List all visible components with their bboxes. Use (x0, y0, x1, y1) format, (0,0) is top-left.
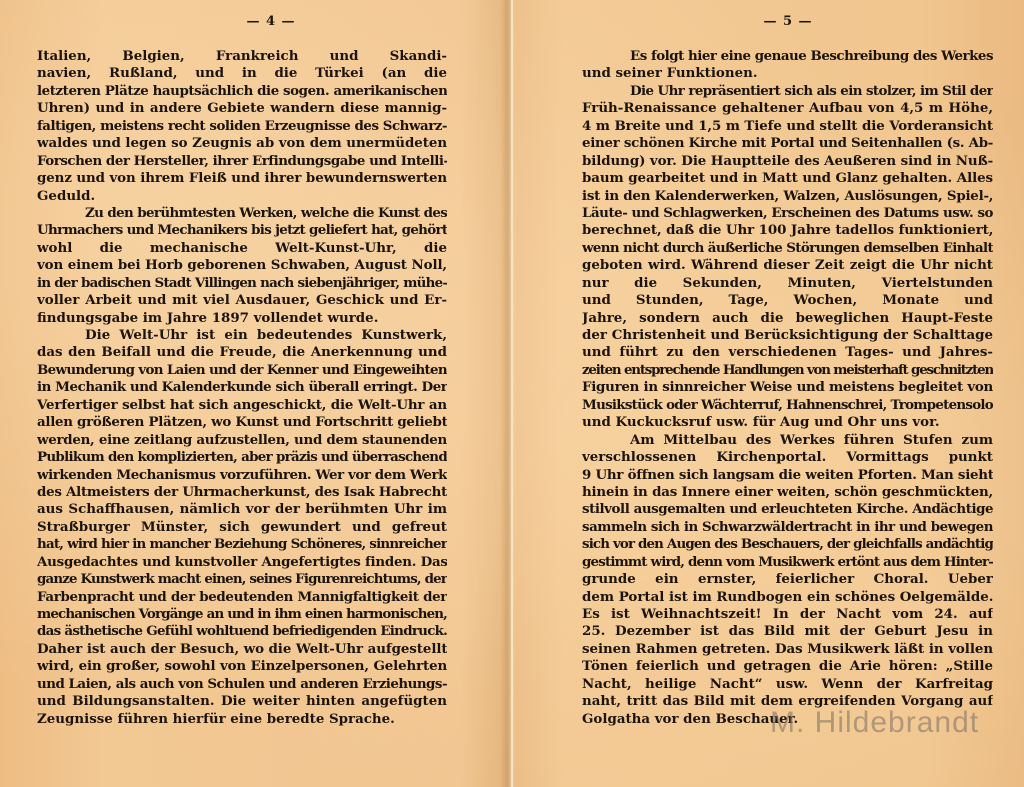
text-line: aus Schaffhausen, nämlich vor der berühm… (37, 501, 447, 518)
text-line: dem Portal ist im Rundbogen ein schönes … (582, 589, 993, 606)
text-line: und Kuckucksruf usw. für Aug und Ohr uns… (582, 414, 993, 431)
text-line: Uhrmachers und Mechanikers bis jetzt gel… (37, 222, 447, 239)
text-line: geboten wird. Während dieser Zeit zeigt … (582, 257, 993, 274)
text-line: Ausgedachtes und kunstvoller Angefertigt… (37, 554, 447, 571)
text-line: und seiner Funktionen. (582, 65, 993, 82)
text-line: nur die Sekunden, Minuten, Viertelstunde… (582, 275, 993, 292)
text-line: Figuren in sinnreicher Weise und meisten… (582, 379, 993, 396)
text-line: grunde ein ernster, feierlicher Choral. … (582, 571, 993, 588)
text-line: hat, wird hier in mancher Beziehung Schö… (37, 536, 447, 553)
text-line: Zeugnisse führen hierfür eine beredte Sp… (37, 711, 447, 728)
right-page: — 5 — Es folgt hier eine genaue Beschrei… (512, 0, 1024, 787)
text-line: Geduld. (37, 188, 447, 205)
text-line: gestimmt wird, denn vom Musikwerk ertönt… (582, 554, 993, 571)
page-number: — 4 — (0, 14, 512, 29)
text-line: das den Beifall und die Freude, die Aner… (37, 344, 447, 361)
text-line: in Mechanik und Kalenderkunde sich übera… (37, 379, 447, 396)
text-line: Läute- und Schlagwerken, Erscheinen des … (582, 205, 993, 222)
text-line: navien, Rußland, und in die Türkei (an d… (37, 65, 447, 82)
text-line: allen größeren Plätzen, wo Kunst und For… (37, 414, 447, 431)
text-line: Die Welt-Uhr ist ein bedeutendes Kunstwe… (37, 327, 447, 344)
text-line: zeiten entsprechende Handlungen von meis… (582, 362, 993, 379)
text-line: Früh-Renaissance gehaltener Aufbau von 4… (582, 100, 993, 117)
text-line: Es ist Weihnachtszeit! In der Nacht vom … (582, 606, 993, 623)
text-line: wirkenden Mechanismus vorzuführen. Wer v… (37, 467, 447, 484)
text-line: bildung) vor. Die Hauptteile des Aeußere… (582, 153, 993, 170)
text-line: berechnet, daß die Uhr 100 Jahre tadello… (582, 222, 993, 239)
text-line: wird, ein großer, sowohl von Einzelperso… (37, 658, 447, 675)
text-line: der Christenheit und Berücksichtigung de… (582, 327, 993, 344)
text-line: Nacht, heilige Nacht“ usw. Wenn der Karf… (582, 676, 993, 693)
text-line: waldes und legen so Zeugnis ab von dem u… (37, 135, 447, 152)
text-line: sich vor den Augen des Beschauers, der g… (582, 536, 993, 553)
text-line: werden, eine zeitlang aufzustellen, und … (37, 432, 447, 449)
text-line: von einem bei Horb geborenen Schwaben, A… (37, 257, 447, 274)
text-line: und führt zu den verschiedenen Tages- un… (582, 344, 993, 361)
text-line: in der badischen Stadt Villingen nach si… (37, 275, 447, 292)
text-line: wenn nicht durch äußerliche Störungen de… (582, 240, 993, 257)
text-line: Musikstück oder Wächterruf, Hahnenschrei… (582, 397, 993, 414)
text-line: genz und von ihrem Fleiß und ihrer bewun… (37, 170, 447, 187)
text-line: Daher ist auch der Besuch, wo die Welt-U… (37, 641, 447, 658)
text-line: Die Uhr repräsentiert sich als ein stolz… (582, 83, 993, 100)
text-line: voller Arbeit und mit viel Ausdauer, Ges… (37, 292, 447, 309)
text-line: 9 Uhr öffnen sich langsam die weiten Pfo… (582, 467, 993, 484)
text-line: und Bildungsanstalten. Die weiter hinten… (37, 693, 447, 710)
text-line: verschlossenen Kirchenportal. Vormittags… (582, 449, 993, 466)
text-line: wohl die mechanische Welt-Kunst-Uhr, die (37, 240, 447, 257)
text-line: 25. Dezember ist das Bild mit der Geburt… (582, 623, 993, 640)
left-page: — 4 — Italien, Belgien, Frankreich und S… (0, 0, 512, 787)
text-line: Bewunderung von Laien und der Kenner und… (37, 362, 447, 379)
page-number: — 5 — (512, 14, 1024, 29)
text-line: mechanischen Vorgänge an und in ihm eine… (37, 606, 447, 623)
page-body-text: Italien, Belgien, Frankreich und Skandi-… (37, 48, 447, 728)
text-line: Zu den berühmtesten Werken, welche die K… (37, 205, 447, 222)
text-line: Publikum den komplizierten, aber präzis … (37, 449, 447, 466)
text-line: stilvoll ausgemalten und erleuchteten Ki… (582, 501, 993, 518)
text-line: des Altmeisters der Uhrmacherkunst, des … (37, 484, 447, 501)
text-line: Tönen feierlich und getragen die Arie hö… (582, 658, 993, 675)
text-line: Uhren) und in andere Gebiete wandern die… (37, 100, 447, 117)
text-line: findungsgabe im Jahre 1897 vollendet wur… (37, 310, 447, 327)
text-line: ist in den Kalenderwerken, Walzen, Auslö… (582, 188, 993, 205)
text-line: Italien, Belgien, Frankreich und Skandi- (37, 48, 447, 65)
text-line: Forschen der Hersteller, ihrer Erfindung… (37, 153, 447, 170)
text-line: Farbenpracht und der bedeutenden Mannigf… (37, 589, 447, 606)
page-body-text: Es folgt hier eine genaue Beschreibung d… (582, 48, 993, 728)
text-line: ganze Kunstwerk macht einen, seines Figu… (37, 571, 447, 588)
text-line: 4 m Breite und 1,5 m Tiefe und stellt di… (582, 118, 993, 135)
text-line: letzteren Plätze hauptsächlich die sogen… (37, 83, 447, 100)
text-line: einer schönen Kirche mit Portal und Seit… (582, 135, 993, 152)
text-line: baum gearbeitet und in Matt und Glanz ge… (582, 170, 993, 187)
text-line: Golgatha vor den Beschauer. (582, 711, 993, 728)
text-line: naht, tritt das Bild mit dem ergreifende… (582, 693, 993, 710)
text-line: sammeln sich in Schwarzwäldertracht in i… (582, 519, 993, 536)
text-line: Es folgt hier eine genaue Beschreibung d… (582, 48, 993, 65)
text-line: Am Mittelbau des Werkes führen Stufen zu… (582, 432, 993, 449)
text-line: Verfertiger selbst hat sich angeschickt,… (37, 397, 447, 414)
text-line: faltigen, meistens recht soliden Erzeugn… (37, 118, 447, 135)
text-line: Jahre, sondern auch die beweglichen Haup… (582, 310, 993, 327)
text-line: seinen Rahmen getreten. Das Musikwerk lä… (582, 641, 993, 658)
text-line: und Laien, als auch von Schulen und ande… (37, 676, 447, 693)
text-line: Straßburger Münster, sich gewundert und … (37, 519, 447, 536)
text-line: hinein in das Innere einer weiten, schön… (582, 484, 993, 501)
text-line: das ästhetische Gefühl wohltuend befried… (37, 623, 447, 640)
text-line: und Stunden, Tage, Wochen, Monate und (582, 292, 993, 309)
